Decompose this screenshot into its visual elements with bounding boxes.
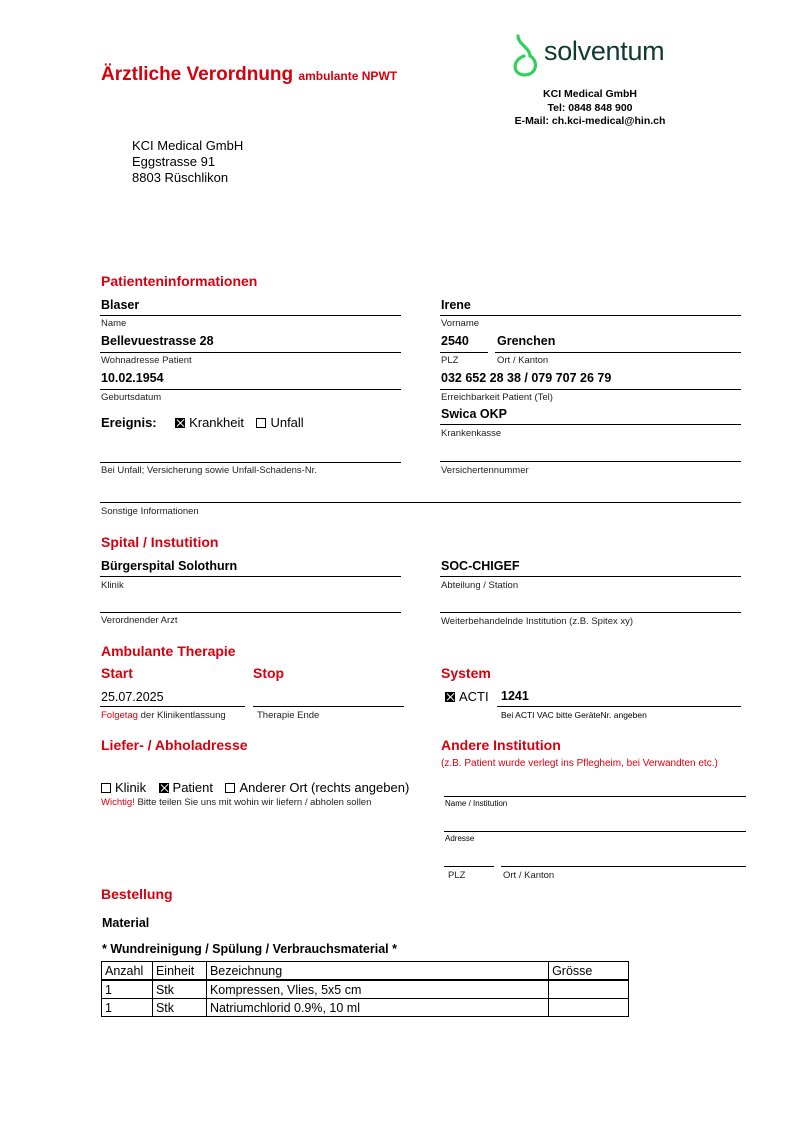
- department-label: Abteilung / Station: [441, 580, 518, 591]
- delivery-option-other[interactable]: Anderer Ort (rechts angeben): [225, 780, 409, 795]
- recipient-line-1: KCI Medical GmbH: [132, 138, 243, 154]
- start-label-text: der Klinikentlassung: [141, 710, 226, 721]
- event-option-krankheit[interactable]: Krankheit: [175, 415, 244, 430]
- table-header-cell: Grösse: [549, 962, 629, 981]
- table-header-row: AnzahlEinheitBezeichnungGrösse: [102, 962, 629, 981]
- divider: [100, 389, 401, 390]
- section-title-hospital: Spital / Instutition: [101, 534, 218, 550]
- table-cell[interactable]: [549, 980, 629, 999]
- title-text: Ärztliche Verordnung: [101, 64, 293, 85]
- clinic-label: Klinik: [101, 580, 124, 591]
- patient-name-label: Name: [101, 318, 126, 329]
- document-subtitle: ambulante NPWT: [298, 69, 397, 83]
- divider: [440, 576, 741, 577]
- system-option-acti[interactable]: ACTI: [445, 689, 489, 704]
- divider: [100, 462, 401, 463]
- divider: [440, 612, 741, 613]
- patient-firstname-label: Vorname: [441, 318, 479, 329]
- option-label: Anderer Ort (rechts angeben): [239, 780, 409, 795]
- option-label: Krankheit: [189, 415, 244, 430]
- department-value[interactable]: SOC-CHIGEF: [441, 559, 519, 573]
- section-title-delivery: Liefer- / Abholadresse: [101, 737, 248, 753]
- other-institution-city-label: Ort / Kanton: [503, 870, 554, 881]
- patient-phone-value[interactable]: 032 652 28 38 / 079 707 26 79: [441, 371, 611, 385]
- insured-number-label: Versichertennummer: [441, 465, 529, 476]
- patient-city-value[interactable]: Grenchen: [497, 334, 555, 348]
- patient-address-label: Wohnadresse Patient: [101, 355, 192, 366]
- patient-insurer-value[interactable]: Swica OKP: [441, 407, 507, 421]
- section-title-patient: Patienteninformationen: [101, 273, 257, 289]
- option-label: ACTI: [459, 689, 489, 704]
- company-email: E-Mail: ch.kci-medical@hin.ch: [500, 115, 680, 129]
- delivery-note-text: Bitte teilen Sie uns mit wohin wir liefe…: [137, 797, 371, 808]
- table-header-cell: Einheit: [152, 962, 206, 981]
- patient-birthdate-label: Geburtsdatum: [101, 392, 161, 403]
- option-label: Klinik: [115, 780, 146, 795]
- patient-firstname-value[interactable]: Irene: [441, 298, 471, 312]
- delivery-note: Wichtig! Bitte teilen Sie uns mit wohin …: [101, 797, 371, 808]
- stop-title: Stop: [253, 665, 284, 681]
- table-cell[interactable]: 1: [102, 980, 153, 999]
- table-row: 1StkKompressen, Vlies, 5x5 cm: [102, 980, 629, 999]
- brand-name: solventum: [544, 36, 664, 67]
- section-title-therapy: Ambulante Therapie: [101, 643, 236, 659]
- divider: [440, 424, 741, 425]
- patient-phone-label: Erreichbarkeit Patient (Tel): [441, 392, 553, 403]
- event-selector: Ereignis: Krankheit Unfall: [101, 414, 312, 432]
- company-contact: KCI Medical GmbH Tel: 0848 848 900 E-Mai…: [500, 88, 680, 129]
- divider: [444, 831, 746, 832]
- table-header-cell: Bezeichnung: [206, 962, 548, 981]
- therapy-start-label: Folgetag der Klinikentlassung: [101, 710, 226, 721]
- patient-address-value[interactable]: Bellevuestrasse 28: [101, 334, 214, 348]
- other-institution-name-label: Name / Institution: [445, 799, 507, 808]
- option-label: Patient: [173, 780, 213, 795]
- event-label: Ereignis:: [101, 415, 157, 430]
- device-number-value[interactable]: 1241: [501, 689, 529, 703]
- divider: [100, 612, 401, 613]
- solventum-logo-icon: [508, 32, 542, 78]
- section-title-order: Bestellung: [101, 886, 173, 902]
- followup-institution-label: Weiterbehandelnde Institution (z.B. Spit…: [441, 616, 633, 627]
- system-title: System: [441, 665, 491, 681]
- other-institution-plz-label: PLZ: [448, 870, 465, 881]
- other-info-label: Sonstige Informationen: [101, 506, 199, 517]
- other-institution-address-label: Adresse: [445, 834, 474, 843]
- recipient-line-2: Eggstrasse 91: [132, 154, 243, 170]
- device-number-label: Bei ACTI VAC bitte GeräteNr. angeben: [501, 710, 647, 720]
- material-title: Material: [102, 916, 149, 930]
- divider: [100, 502, 741, 503]
- delivery-note-important: Wichtig!: [101, 797, 135, 808]
- divider: [444, 796, 746, 797]
- patient-name-value[interactable]: Blaser: [101, 298, 139, 312]
- company-name: KCI Medical GmbH: [500, 88, 680, 102]
- company-phone: Tel: 0848 848 900: [500, 102, 680, 116]
- table-cell[interactable]: Stk: [152, 999, 206, 1017]
- therapy-start-value[interactable]: 25.07.2025: [101, 690, 164, 704]
- recipient-address: KCI Medical GmbH Eggstrasse 91 8803 Rüsc…: [132, 138, 243, 186]
- divider: [497, 706, 741, 707]
- patient-birthdate-value[interactable]: 10.02.1954: [101, 371, 164, 385]
- event-option-unfall[interactable]: Unfall: [256, 415, 303, 430]
- divider: [495, 352, 741, 353]
- therapy-stop-label: Therapie Ende: [257, 710, 319, 721]
- start-label-highlight: Folgetag: [101, 710, 138, 721]
- prescribing-doctor-label: Verordnender Arzt: [101, 615, 178, 626]
- divider: [440, 315, 741, 316]
- document-title: Ärztliche Verordnung ambulante NPWT: [101, 64, 397, 86]
- divider: [440, 461, 741, 462]
- divider: [440, 352, 488, 353]
- divider: [100, 352, 401, 353]
- material-category-title: * Wundreinigung / Spülung / Verbrauchsma…: [102, 942, 397, 956]
- checkbox-checked-icon[interactable]: [175, 418, 185, 428]
- option-label: Unfall: [270, 415, 303, 430]
- table-cell[interactable]: [549, 999, 629, 1017]
- delivery-options: Klinik Patient Anderer Ort (rechts angeb…: [101, 779, 417, 797]
- table-row: 1StkNatriumchlorid 0.9%, 10 ml: [102, 999, 629, 1017]
- divider: [501, 866, 746, 867]
- checkbox-unchecked-icon[interactable]: [101, 783, 111, 793]
- checkbox-checked-icon[interactable]: [159, 783, 169, 793]
- divider: [444, 866, 494, 867]
- patient-insurer-label: Krankenkasse: [441, 428, 501, 439]
- table-cell[interactable]: 1: [102, 999, 153, 1017]
- divider: [100, 706, 245, 707]
- recipient-line-3: 8803 Rüschlikon: [132, 170, 243, 186]
- patient-plz-label: PLZ: [441, 355, 458, 366]
- table-cell[interactable]: Kompressen, Vlies, 5x5 cm: [206, 980, 548, 999]
- divider: [253, 706, 404, 707]
- section-title-other-institution: Andere Institution: [441, 737, 561, 753]
- divider: [100, 576, 401, 577]
- clinic-value[interactable]: Bürgerspital Solothurn: [101, 559, 237, 573]
- checkbox-unchecked-icon[interactable]: [225, 783, 235, 793]
- other-institution-hint: (z.B. Patient wurde verlegt ins Pfleghei…: [441, 758, 718, 769]
- delivery-option-klinik[interactable]: Klinik: [101, 780, 146, 795]
- start-title: Start: [101, 665, 133, 681]
- table-cell[interactable]: Stk: [152, 980, 206, 999]
- table-header-cell: Anzahl: [102, 962, 153, 981]
- checkbox-unchecked-icon[interactable]: [256, 418, 266, 428]
- checkbox-checked-icon[interactable]: [445, 692, 455, 702]
- accident-insurance-label: Bei Unfall; Versicherung sowie Unfall-Sc…: [101, 465, 317, 476]
- material-table: AnzahlEinheitBezeichnungGrösse1StkKompre…: [101, 961, 629, 1017]
- patient-plz-value[interactable]: 2540: [441, 334, 469, 348]
- delivery-option-patient[interactable]: Patient: [159, 780, 213, 795]
- divider: [440, 389, 741, 390]
- divider: [100, 315, 401, 316]
- solventum-logo: solventum: [508, 32, 542, 83]
- patient-city-label: Ort / Kanton: [497, 355, 548, 366]
- table-cell[interactable]: Natriumchlorid 0.9%, 10 ml: [206, 999, 548, 1017]
